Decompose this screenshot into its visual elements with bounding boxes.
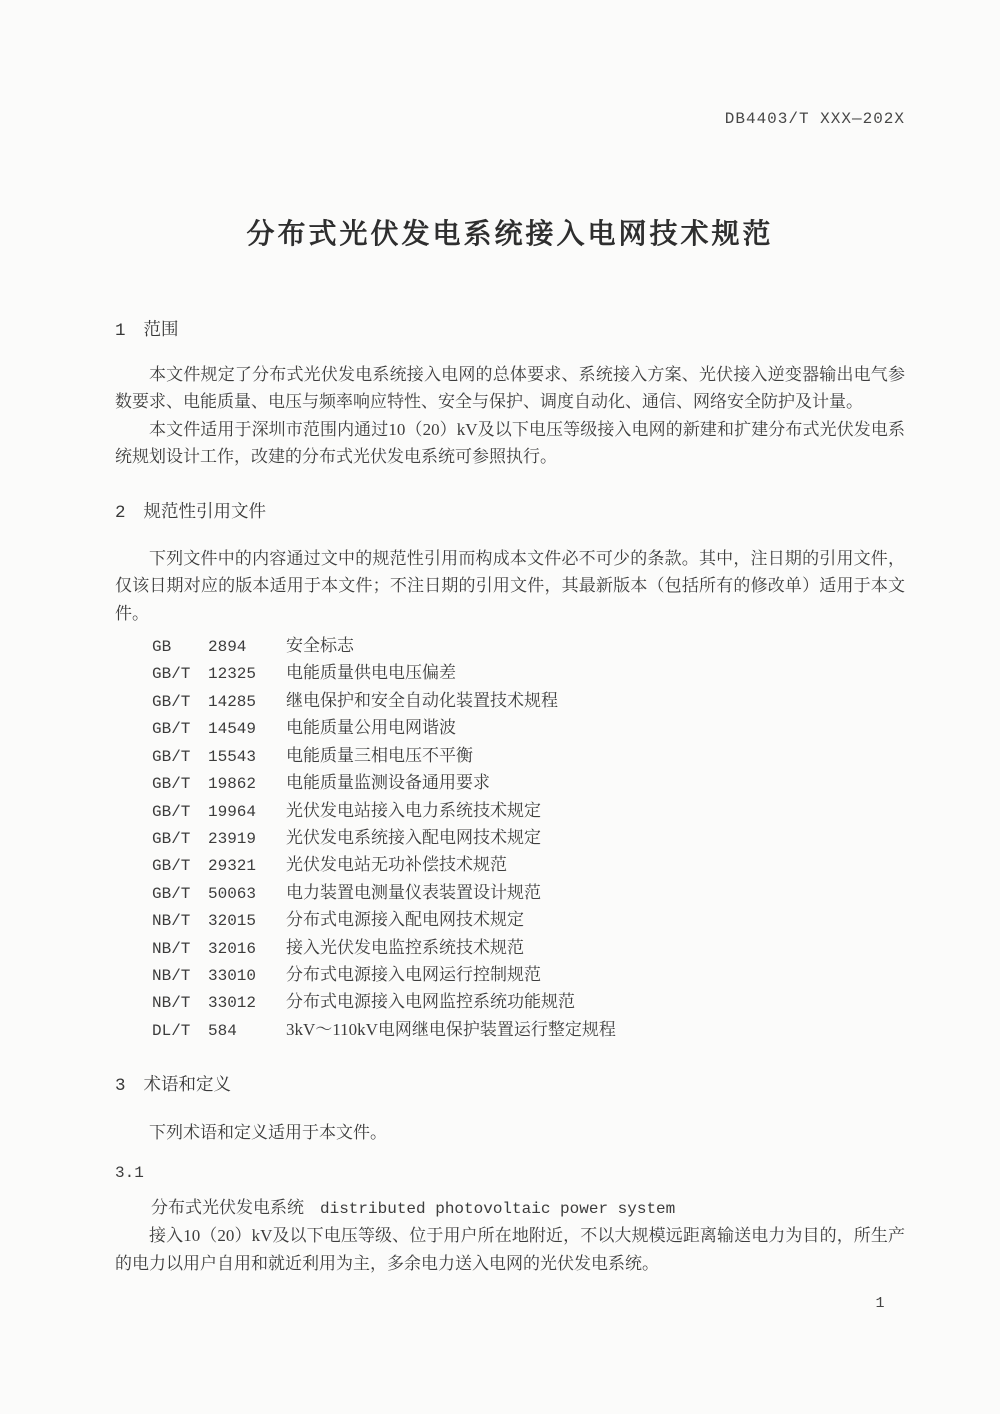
section-heading-text: 规范性引用文件: [144, 501, 267, 521]
reference-item: DL/T5843kV～110kV电网继电保护装置运行整定规程: [152, 1017, 905, 1044]
scope-paragraph-2: 本文件适用于深圳市范围内通过10（20）kV及以下电压等级接入电网的新建和扩建分…: [115, 416, 905, 471]
reference-code: NB/T: [152, 936, 208, 962]
reference-title: 电能质量供电电压偏差: [286, 663, 456, 682]
reference-title: 继电保护和安全自动化装置技术规程: [286, 691, 558, 710]
reference-title: 接入光伏发电监控系统技术规范: [286, 938, 524, 957]
section-number: 2: [115, 503, 126, 523]
reference-code: GB/T: [152, 661, 208, 687]
reference-item: GB/T14549电能质量公用电网谐波: [152, 715, 905, 742]
reference-title: 安全标志: [286, 636, 354, 655]
reference-number: 50063: [208, 881, 286, 907]
reference-code: GB/T: [152, 799, 208, 825]
page-content: DB4403/T XXX—202X 分布式光伏发电系统接入电网技术规范 1范围 …: [0, 110, 1000, 1277]
reference-code: DL/T: [152, 1018, 208, 1044]
reference-item: GB/T12325电能质量供电电压偏差: [152, 660, 905, 687]
doc-code-header: DB4403/T XXX—202X: [115, 110, 905, 128]
reference-number: 12325: [208, 661, 286, 687]
references-list: GB2894安全标志 GB/T12325电能质量供电电压偏差 GB/T14285…: [115, 633, 905, 1044]
reference-number: 32015: [208, 908, 286, 934]
reference-number: 14285: [208, 689, 286, 715]
reference-number: 32016: [208, 936, 286, 962]
section-heading-text: 术语和定义: [144, 1074, 232, 1094]
term-name-en: distributed photovoltaic power system: [320, 1200, 675, 1218]
reference-number: 2894: [208, 634, 286, 660]
term-name-line: 分布式光伏发电系统distributed photovoltaic power …: [115, 1195, 905, 1222]
reference-number: 33010: [208, 963, 286, 989]
reference-code: NB/T: [152, 990, 208, 1016]
reference-title: 光伏发电系统接入配电网技术规定: [286, 828, 541, 847]
normative-refs-intro: 下列文件中的内容通过文中的规范性引用而构成本文件必不可少的条款。其中，注日期的引…: [115, 545, 905, 627]
reference-code: GB/T: [152, 771, 208, 797]
reference-title: 光伏发电站无功补偿技术规范: [286, 855, 507, 874]
reference-title: 分布式电源接入配电网技术规定: [286, 910, 524, 929]
reference-number: 33012: [208, 990, 286, 1016]
section-number: 3: [115, 1076, 126, 1096]
reference-item: GB2894安全标志: [152, 633, 905, 660]
scope-paragraphs: 本文件规定了分布式光伏发电系统接入电网的总体要求、系统接入方案、光伏接入逆变器输…: [115, 361, 905, 470]
reference-code: GB/T: [152, 853, 208, 879]
reference-item: NB/T33012分布式电源接入电网监控系统功能规范: [152, 989, 905, 1016]
reference-item: GB/T23919光伏发电系统接入配电网技术规定: [152, 825, 905, 852]
reference-number: 14549: [208, 716, 286, 742]
page-number: 1: [868, 1295, 892, 1312]
reference-title: 分布式电源接入电网监控系统功能规范: [286, 992, 575, 1011]
reference-item: GB/T19862电能质量监测设备通用要求: [152, 770, 905, 797]
section-number: 1: [115, 321, 126, 341]
term-definition: 接入10（20）kV及以下电压等级、位于用户所在地附近，不以大规模远距离输送电力…: [115, 1222, 905, 1277]
reference-item: GB/T50063电力装置电测量仪表装置设计规范: [152, 880, 905, 907]
reference-item: GB/T15543电能质量三相电压不平衡: [152, 743, 905, 770]
reference-title: 电能质量监测设备通用要求: [286, 773, 490, 792]
reference-number: 584: [208, 1018, 286, 1044]
reference-number: 19964: [208, 799, 286, 825]
scope-paragraph-1: 本文件规定了分布式光伏发电系统接入电网的总体要求、系统接入方案、光伏接入逆变器输…: [115, 361, 905, 416]
reference-code: GB/T: [152, 881, 208, 907]
section-heading-text: 范围: [144, 319, 179, 339]
reference-code: GB/T: [152, 716, 208, 742]
reference-title: 电能质量三相电压不平衡: [286, 746, 473, 765]
reference-code: GB/T: [152, 744, 208, 770]
document-page: DB4403/T XXX—202X 分布式光伏发电系统接入电网技术规范 1范围 …: [0, 0, 1000, 1414]
reference-number: 19862: [208, 771, 286, 797]
reference-title: 电能质量公用电网谐波: [286, 718, 456, 737]
reference-title: 分布式电源接入电网运行控制规范: [286, 965, 541, 984]
reference-title: 3kV～110kV电网继电保护装置运行整定规程: [286, 1020, 616, 1039]
reference-item: NB/T33010分布式电源接入电网运行控制规范: [152, 962, 905, 989]
document-title: 分布式光伏发电系统接入电网技术规范: [115, 212, 905, 252]
reference-code: GB/T: [152, 689, 208, 715]
reference-title: 光伏发电站接入电力系统技术规定: [286, 801, 541, 820]
reference-number: 23919: [208, 826, 286, 852]
terms-intro: 下列术语和定义适用于本文件。: [115, 1119, 905, 1146]
section-heading-scope: 1范围: [115, 316, 905, 341]
reference-title: 电力装置电测量仪表装置设计规范: [286, 883, 541, 902]
term-name-zh: 分布式光伏发电系统: [151, 1198, 304, 1217]
reference-code: GB: [152, 634, 208, 660]
reference-item: NB/T32015分布式电源接入配电网技术规定: [152, 907, 905, 934]
reference-number: 15543: [208, 744, 286, 770]
reference-item: GB/T14285继电保护和安全自动化装置技术规程: [152, 688, 905, 715]
reference-item: GB/T29321光伏发电站无功补偿技术规范: [152, 852, 905, 879]
reference-item: GB/T19964光伏发电站接入电力系统技术规定: [152, 798, 905, 825]
term-clause-number: 3.1: [115, 1164, 905, 1182]
section-heading-terms: 3术语和定义: [115, 1071, 905, 1096]
section-heading-normative-refs: 2规范性引用文件: [115, 498, 905, 523]
reference-code: NB/T: [152, 963, 208, 989]
reference-code: NB/T: [152, 908, 208, 934]
reference-number: 29321: [208, 853, 286, 879]
reference-item: NB/T32016接入光伏发电监控系统技术规范: [152, 935, 905, 962]
reference-code: GB/T: [152, 826, 208, 852]
